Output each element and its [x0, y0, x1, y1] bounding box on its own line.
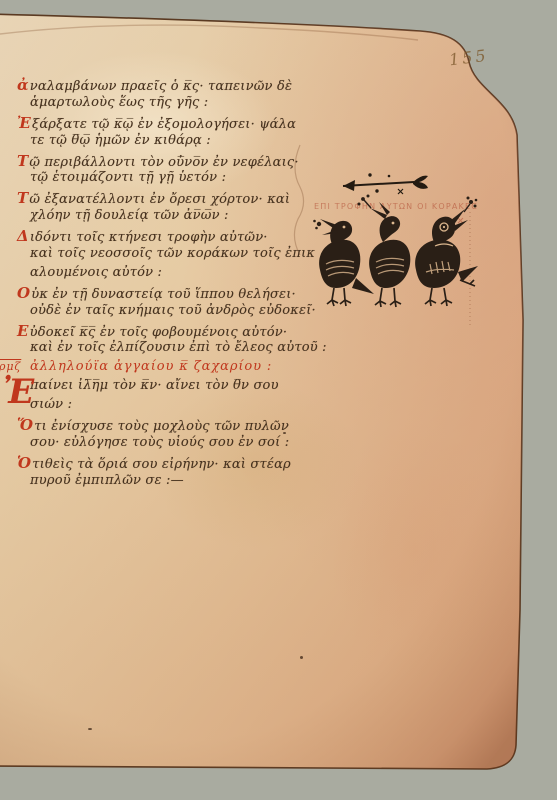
line-text: τε τῷ θ̅ῳ̅ ἡμῶν ἐν κιθάρᾳ :: [30, 133, 211, 148]
rubricated-initial: Ο: [17, 284, 30, 302]
line-text: καὶ ἐν τοῖς ἐλπίζουσιν ἐπὶ τὸ ἔλεος αὐτο…: [30, 340, 327, 355]
line-text: τιθεὶς τὰ ὅριά σου εἰρήνην· καὶ στέαρ: [32, 457, 291, 472]
rubricated-initial: Ὁ: [17, 454, 31, 472]
ink-speck: [300, 656, 303, 659]
text-line: καὶ ἐν τοῖς ἐλπίζουσιν ἐπὶ τὸ ἔλεος αὐτο…: [30, 340, 360, 359]
rubricated-initial: Τ: [17, 152, 28, 170]
line-text: πυροῦ ἐμπιπλῶν σε :—: [30, 473, 184, 488]
line-text: ξάρξατε τῷ κ̅ῳ̅ ἐν ἐξομολογήσει· ψάλα: [32, 117, 296, 132]
line-text: καὶ τοῖς νεοσσοῖς τῶν κοράκων τοῖς ἐπικ: [30, 246, 315, 261]
red-cross-mark: [458, 218, 463, 223]
line-text: ἀλληλούϊα ἀγγαίου κ̅ ζαχαρίου :: [30, 359, 272, 374]
text-line: τε τῷ θ̅ῳ̅ ἡμῶν ἐν κιθάρᾳ :: [30, 133, 360, 152]
manuscript-photo: 155 ἀναλαμβάνων πραεῖς ὁ κ̅ς· ταπεινῶν δ…: [0, 0, 557, 800]
ravens-illustration: ΕΠΙ ΤΡΟΦΗΝ ΑΥΤΩΝ ΟΙ ΚΟΡΑΚΕϹ: [310, 166, 485, 336]
rubricated-initial: Ε: [17, 322, 29, 340]
text-line: ρμζἀλληλούϊα ἀγγαίου κ̅ ζαχαρίου :: [30, 359, 360, 378]
line-text: ῷ περιβάλλοντι τὸν οὐ̅νο̅ν ἐν νεφέλαις·: [29, 155, 298, 170]
rubricated-initial: Τ: [17, 189, 28, 207]
text-line: Ὅτι ἐνίσχυσε τοὺς μοχλοὺς τῶν πυλῶν: [30, 416, 360, 435]
text-line: ἀναλαμβάνων πραεῖς ὁ κ̅ς· ταπεινῶν δὲ: [30, 76, 360, 95]
illustration-caption: ΕΠΙ ΤΡΟΦΗΝ ΑΥΤΩΝ ΟΙ ΚΟΡΑΚΕϹ: [314, 202, 478, 211]
line-text: τῷ ἑτοιμάζοντι τῇ γῇ ὑετόν :: [30, 170, 226, 185]
line-text: ἁμαρτωλοὺς ἕως τῆς γῆς :: [30, 95, 208, 110]
rubricated-initial: Ὅ: [17, 416, 33, 434]
text-line: σιών :: [30, 397, 360, 416]
line-text: χλόην τῇ δουλείᾳ τῶν ἀν̅ω̅ν :: [30, 208, 229, 223]
line-text: οὐδὲ ἐν ταῖς κνήμαις τοῦ ἀνδρὸς εὐδοκεῖ·: [30, 303, 316, 318]
rubricated-initial: ἀ: [17, 76, 29, 94]
line-text: ῶ ἐξανατέλλοντι ἐν ὄρεσι χόρτον· καὶ: [29, 192, 290, 207]
line-text: σιών :: [30, 397, 72, 412]
rubricated-initial: Ἐ: [17, 114, 31, 132]
text-line: πυροῦ ἐμπιπλῶν σε :—: [30, 473, 360, 492]
text-line: Ὁτιθεὶς τὰ ὅριά σου εἰρήνην· καὶ στέαρ: [30, 454, 360, 473]
text-line: Ἐξάρξατε τῷ κ̅ῳ̅ ἐν ἐξομολογήσει· ψάλα: [30, 114, 360, 133]
line-text: ιδόντι τοῖς κτήνεσι τροφὴν αὐτῶν·: [30, 230, 268, 245]
ink-speck: [88, 728, 92, 730]
line-text: παίνει ἰλ̅η̅μ τὸν κ̅ν· αἴνει τὸν θ̅ν σου: [30, 378, 279, 393]
line-text: ὐκ ἐν τῇ δυναστείᾳ τοῦ ἵππου θελήσει·: [31, 287, 296, 302]
line-text: σου· εὐλόγησε τοὺς υἱούς σου ἐν σοί :: [30, 435, 289, 450]
raven-figure-left: [313, 219, 374, 306]
line-text: τι ἐνίσχυσε τοὺς μοχλοὺς τῶν πυλῶν: [34, 419, 289, 434]
text-line: σου· εὐλόγησε τοὺς υἱούς σου ἐν σοί :: [30, 435, 360, 454]
text-line: Ἐπαίνει ἰλ̅η̅μ τὸν κ̅ν· αἴνει τὸν θ̅ν σο…: [30, 378, 360, 397]
arrow-drawing: [343, 173, 428, 194]
rubricated-initial: Δ: [17, 227, 29, 245]
text-line: ἁμαρτωλοὺς ἕως τῆς γῆς :: [30, 95, 360, 114]
line-text: αλουμένοις αὐτόν :: [30, 265, 162, 280]
line-text: ὐδοκεῖ κ̅ς̅ ἐν τοῖς φοβουμένοις αὐτόν·: [30, 325, 288, 340]
raven-figure-right: [415, 197, 478, 307]
line-text: ναλαμβάνων πραεῖς ὁ κ̅ς· ταπεινῶν δὲ: [30, 79, 292, 94]
